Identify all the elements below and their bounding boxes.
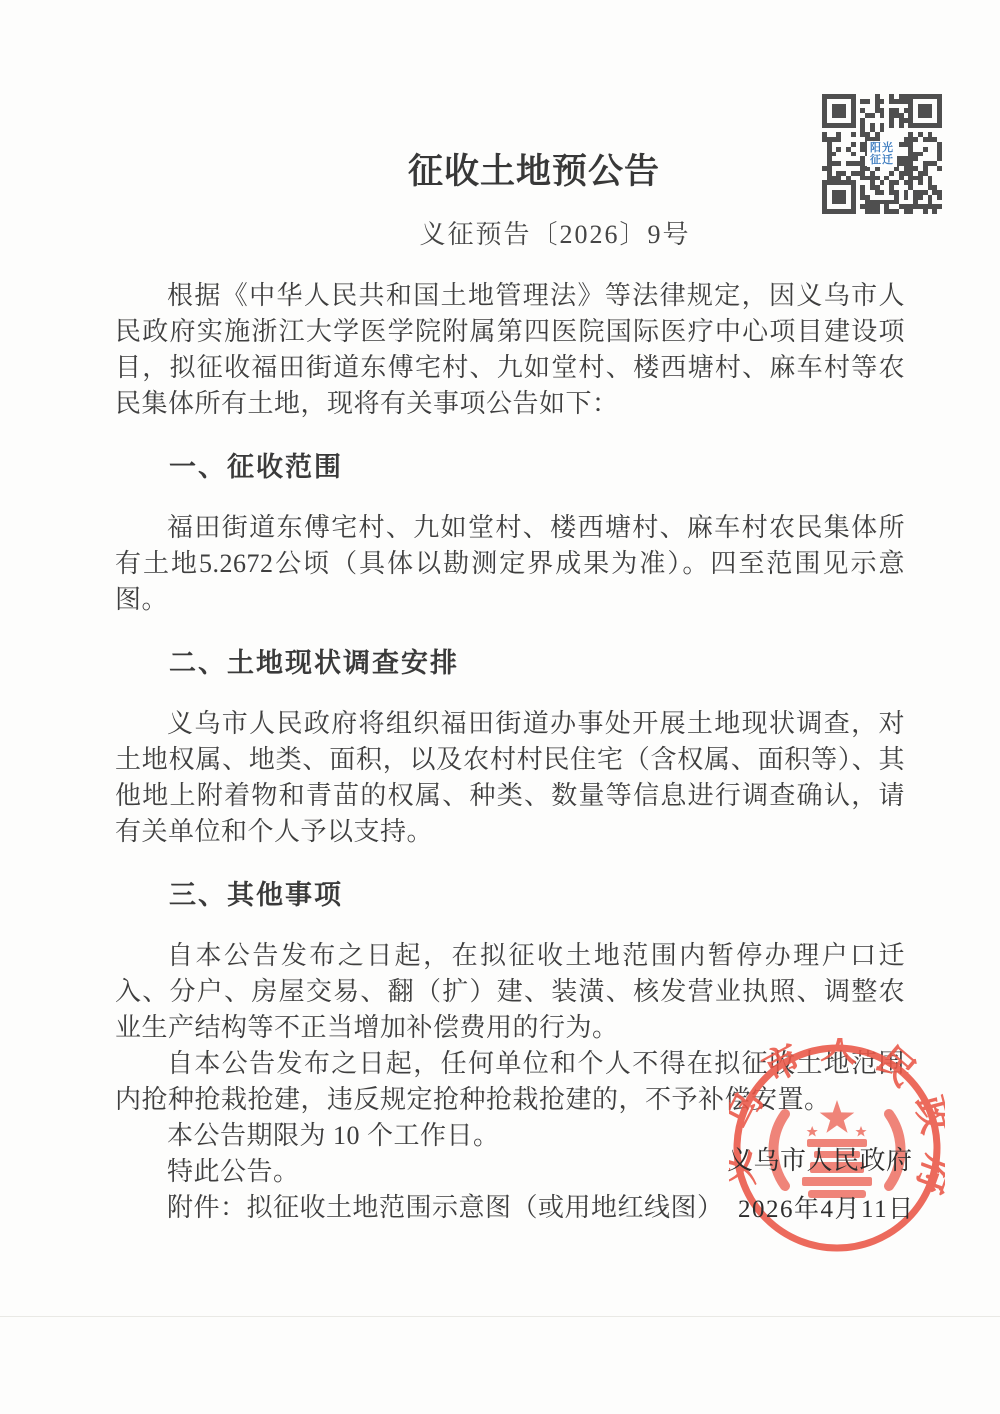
section-2-paragraph-1: 义乌市人民政府将组织福田街道办事处开展土地现状调查，对土地权属、地类、面积，以及… <box>115 706 905 850</box>
page-title: 征收土地预公告 <box>139 150 929 194</box>
doc-number: 义征预告〔2026〕9号 <box>160 220 950 250</box>
intro-paragraph: 根据《中华人民共和国土地管理法》等法律规定，因义乌市人民政府实施浙江大学医学院附… <box>115 278 905 422</box>
section-3-heading: 三、其他事项 <box>115 878 905 912</box>
scan-artifact-line <box>0 1316 1000 1317</box>
section-1-paragraph-1: 福田街道东傅宅村、九如堂村、楼西塘村、麻车村农民集体所有土地5.2672公顷（具… <box>115 510 905 618</box>
section-2-heading: 二、土地现状调查安排 <box>115 646 905 680</box>
signature-date: 2026年4月11日 <box>738 1189 915 1225</box>
section-3-paragraph-1: 自本公告发布之日起，在拟征收土地范围内暂停办理户口迁入、分户、房屋交易、翻（扩）… <box>115 938 905 1046</box>
section-1-heading: 一、征收范围 <box>115 450 905 484</box>
section-3-paragraph-2: 自本公告发布之日起，任何单位和个人不得在拟征收土地范围内抢种抢栽抢建，违反规定抢… <box>115 1046 905 1118</box>
announcement-page: 阳光 征迁 征收土地预公告 义征预告〔2026〕9号 根据《中华人民共和国土地管… <box>0 0 1000 1414</box>
document-body: 征收土地预公告 义征预告〔2026〕9号 根据《中华人民共和国土地管理法》等法律… <box>0 0 1000 1226</box>
signature-authority: 义乌市人民政府 <box>727 1140 913 1177</box>
